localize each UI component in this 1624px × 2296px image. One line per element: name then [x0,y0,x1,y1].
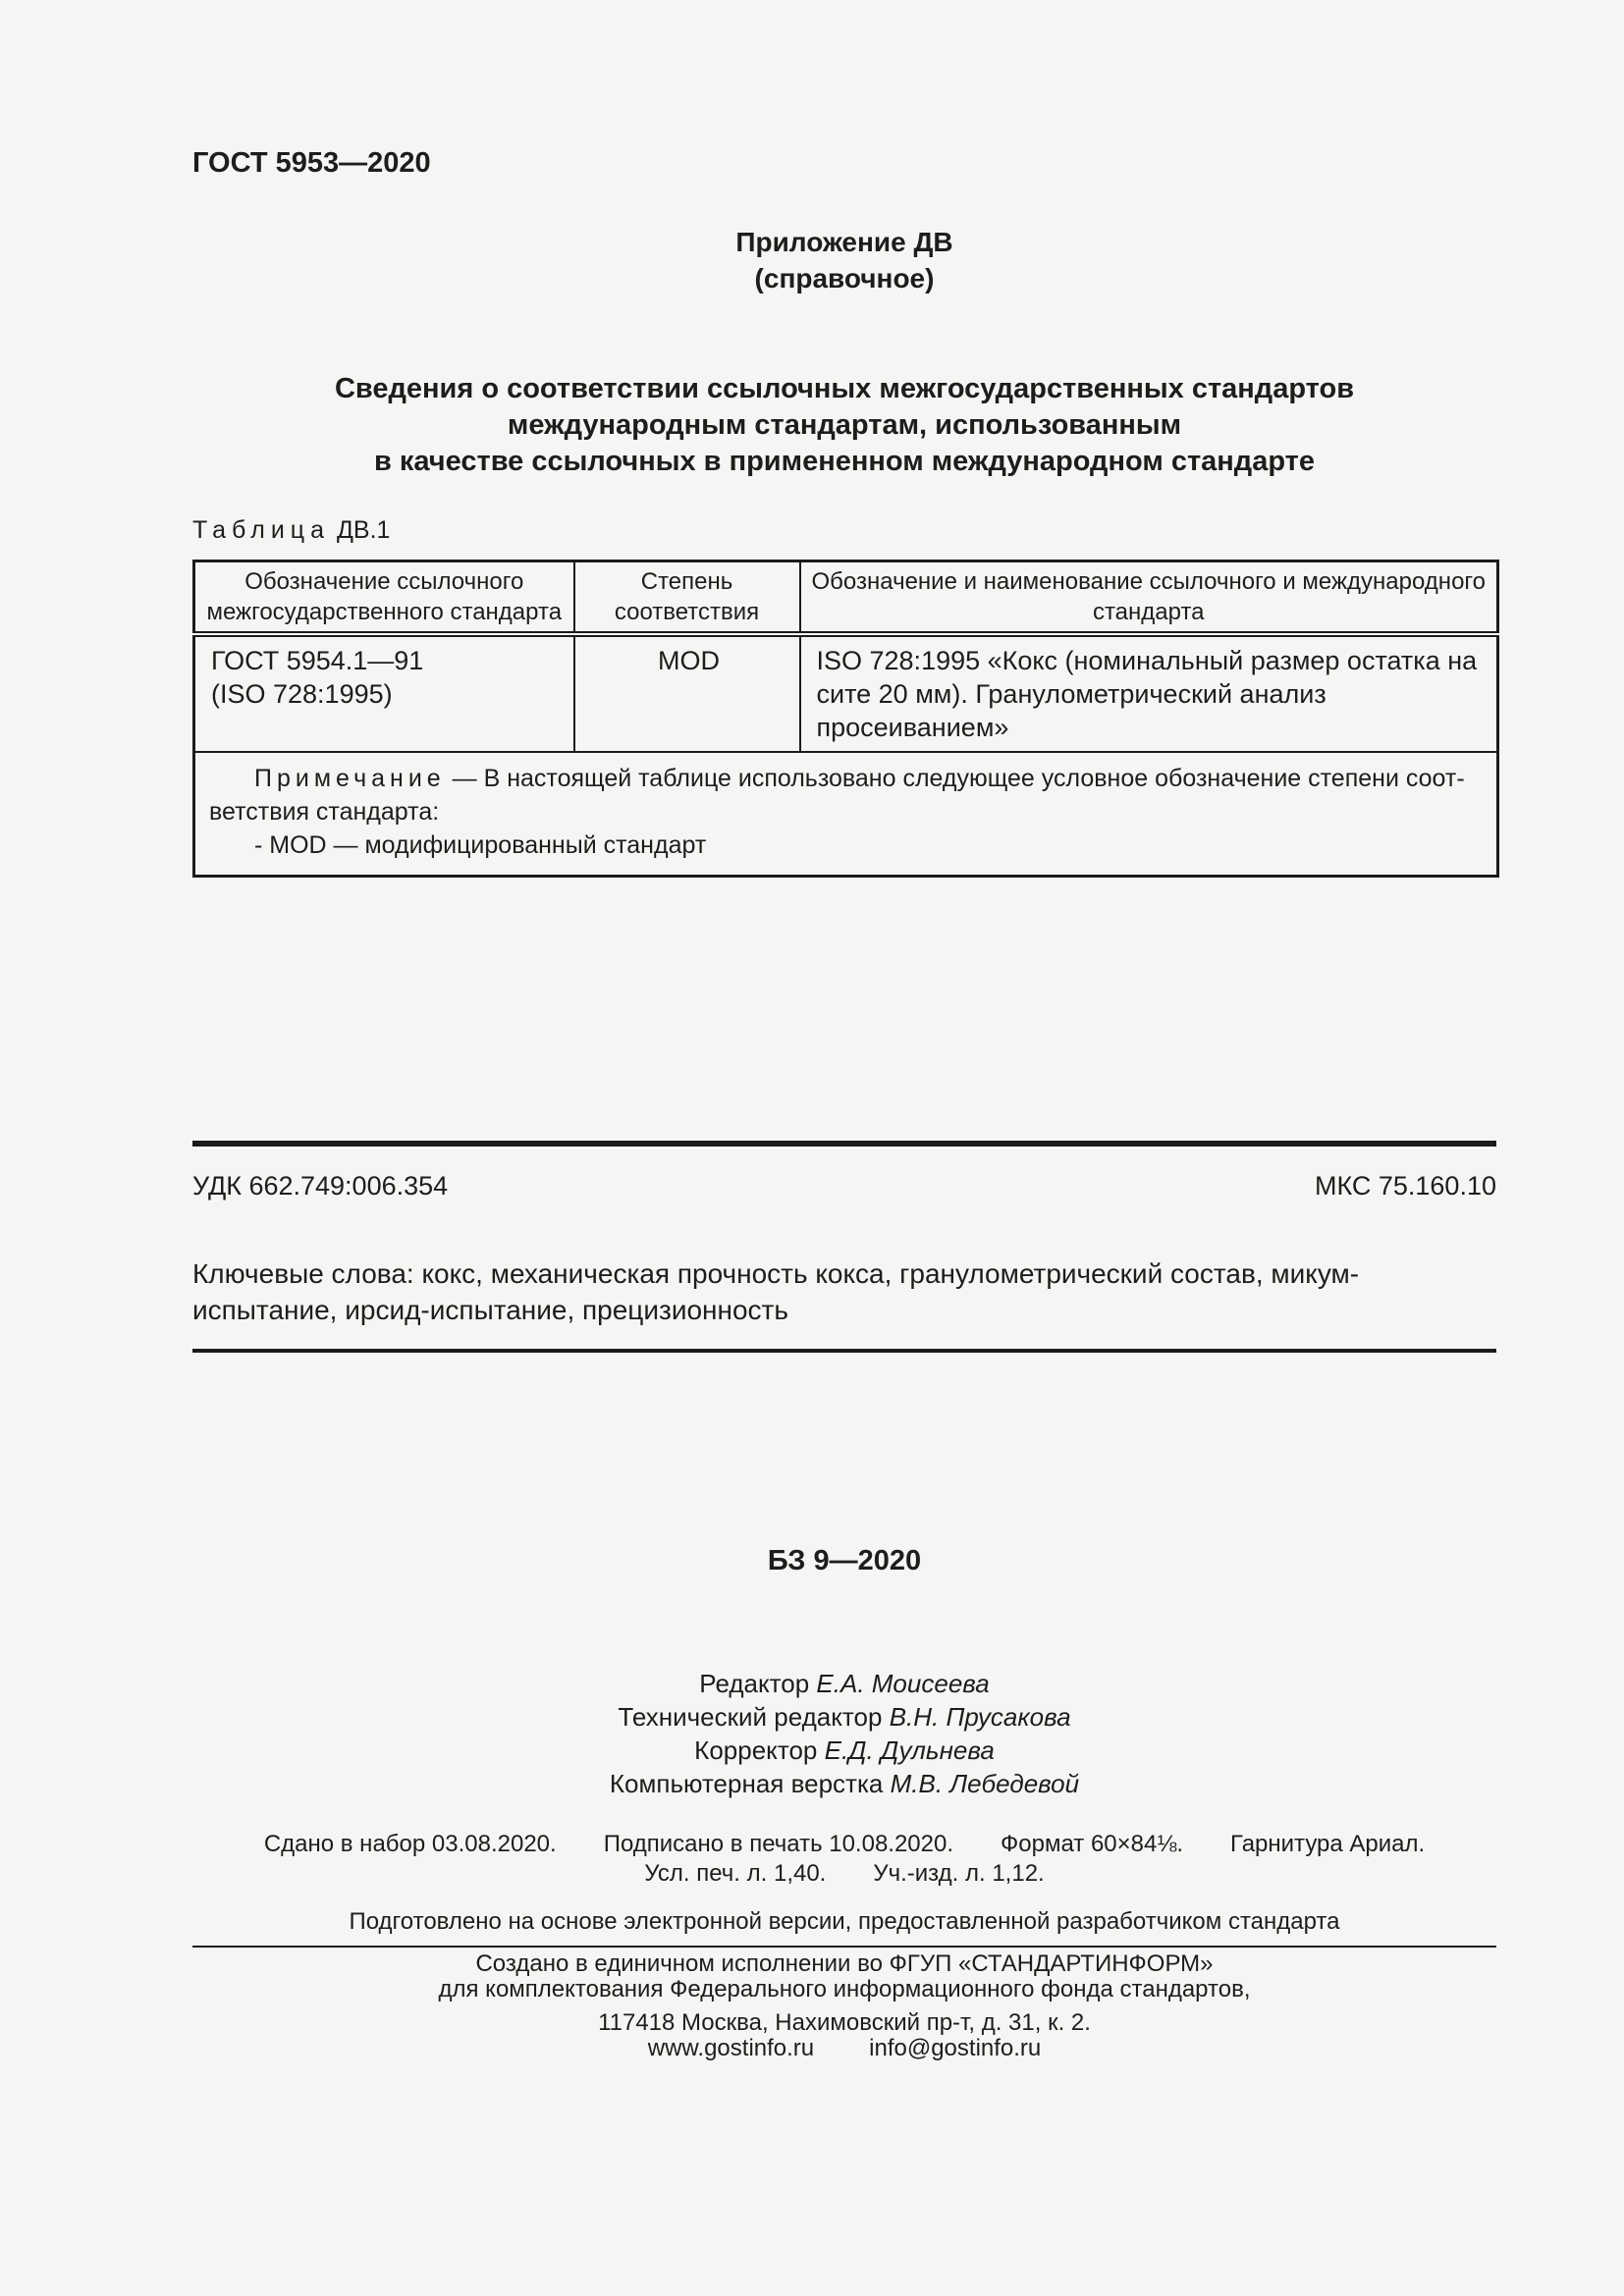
imprint-printed-sheets: Усл. печ. л. 1,40. [644,1859,826,1889]
document-page: ГОСТ 5953—2020 Приложение ДВ (справочное… [0,0,1624,2296]
credit-name: В.Н. Прусакова [890,1702,1071,1732]
section-title-line-2: международным стандартам, использованным [192,407,1496,444]
keywords-paragraph: Ключевые слова: кокс, механическая прочн… [192,1255,1496,1328]
credit-name: Е.А. Моисеева [816,1669,989,1698]
website-text: www.gostinfo.ru [648,2036,814,2061]
cell-standard-line-2: (ISO 728:1995) [211,677,562,711]
table-note-line-3: - MOD — модифицированный стандарт [209,828,1483,862]
prepared-note: Подготовлено на основе электронной верси… [192,1908,1496,1936]
imprint-format: Формат 60×84⅛. [1001,1830,1183,1859]
appendix-type: (справочное) [192,260,1496,296]
section-title-line-3: в качестве ссылочных в примененном между… [192,444,1496,480]
table-header-row: Обозначение ссылочного межгосударственно… [194,561,1498,635]
classification-codes-row: УДК 662.749:006.354 МКС 75.160.10 [192,1171,1496,1201]
doc-number: ГОСТ 5953—2020 [192,147,1496,180]
credit-line: Редактор Е.А. Моисеева [192,1667,1496,1700]
appendix-label: Приложение ДВ [192,224,1496,260]
credit-role: Компьютерная верстка [610,1769,883,1798]
credit-role: Редактор [699,1669,809,1698]
edition-code: БЗ 9—2020 [192,1545,1496,1577]
reference-standards-table: Обозначение ссылочного межгосударственно… [192,560,1496,878]
credit-line: Технический редактор В.Н. Прусакова [192,1700,1496,1734]
credit-role: Технический редактор [618,1702,882,1732]
col-header-reference: Обозначение и наименование ссылочного и … [800,561,1498,635]
publisher-contacts-row: www.gostinfo.ru info@gostinfo.ru [192,2036,1496,2061]
divider-rule-top [192,1141,1496,1147]
email-text: info@gostinfo.ru [869,2036,1041,2061]
table-note: Примечание — В настоящей таблице использ… [194,752,1498,877]
imprint-line-2: Усл. печ. л. 1,40. Уч.-изд. л. 1,12. [192,1859,1496,1889]
cell-standard-line-1: ГОСТ 5954.1—91 [211,644,562,677]
table-caption-number: ДВ.1 [337,516,390,544]
table-caption: Таблица ДВ.1 [192,516,1496,545]
imprint-print-date: Подписано в печать 10.08.2020. [604,1830,953,1859]
table-note-line-2: ветствия стандарта: [209,795,1483,828]
appendix-heading: Приложение ДВ (справочное) [192,224,1496,296]
mks-code: МКС 75.160.10 [1315,1171,1496,1201]
publisher-block: Создано в единичном исполнении во ФГУП «… [192,1951,1496,2061]
cell-reference: ISO 728:1995 «Кокс (номинальный размер о… [800,634,1498,752]
section-title-line-1: Сведения о соответствии ссылочных межгос… [192,371,1496,407]
imprint-set-date: Сдано в набор 03.08.2020. [264,1830,557,1859]
section-title: Сведения о соответствии ссылочных межгос… [192,371,1496,480]
cell-standard: ГОСТ 5954.1—91 (ISO 728:1995) [194,634,574,752]
publisher-line-2: для комплектования Федерального информац… [192,1977,1496,2002]
publisher-address: 117418 Москва, Нахимовский пр-т, д. 31, … [192,2010,1496,2036]
col-header-degree: Степень соответствия [574,561,800,635]
imprint-typeface: Гарнитура Ариал. [1230,1830,1425,1859]
cell-degree: MOD [574,634,800,752]
credit-name: Е.Д. Дульнева [825,1735,995,1765]
credits-block: Редактор Е.А. Моисеева Технический редак… [192,1667,1496,1800]
udk-code: УДК 662.749:006.354 [192,1171,448,1201]
table-note-text: — В настоящей таблице использовано следу… [446,765,1465,792]
credit-line: Корректор Е.Д. Дульнева [192,1734,1496,1767]
table-note-row: Примечание — В настоящей таблице использ… [194,752,1498,877]
table-note-label: Примечание [254,765,446,792]
credit-role: Корректор [694,1735,817,1765]
col-header-standard: Обозначение ссылочного межгосударственно… [194,561,574,635]
credit-line: Компьютерная верстка М.В. Лебедевой [192,1767,1496,1800]
divider-rule-middle [192,1349,1496,1353]
divider-rule-bottom [192,1946,1496,1948]
imprint-publish-sheets: Уч.-изд. л. 1,12. [873,1859,1044,1889]
table-note-line-1: Примечание — В настоящей таблице использ… [209,762,1483,795]
publisher-line-1: Создано в единичном исполнении во ФГУП «… [192,1951,1496,1977]
table-row: ГОСТ 5954.1—91 (ISO 728:1995) MOD ISO 72… [194,634,1498,752]
imprint-line-1: Сдано в набор 03.08.2020. Подписано в пе… [192,1830,1496,1859]
credit-name: М.В. Лебедевой [891,1769,1080,1798]
table-caption-label: Таблица [192,516,330,544]
